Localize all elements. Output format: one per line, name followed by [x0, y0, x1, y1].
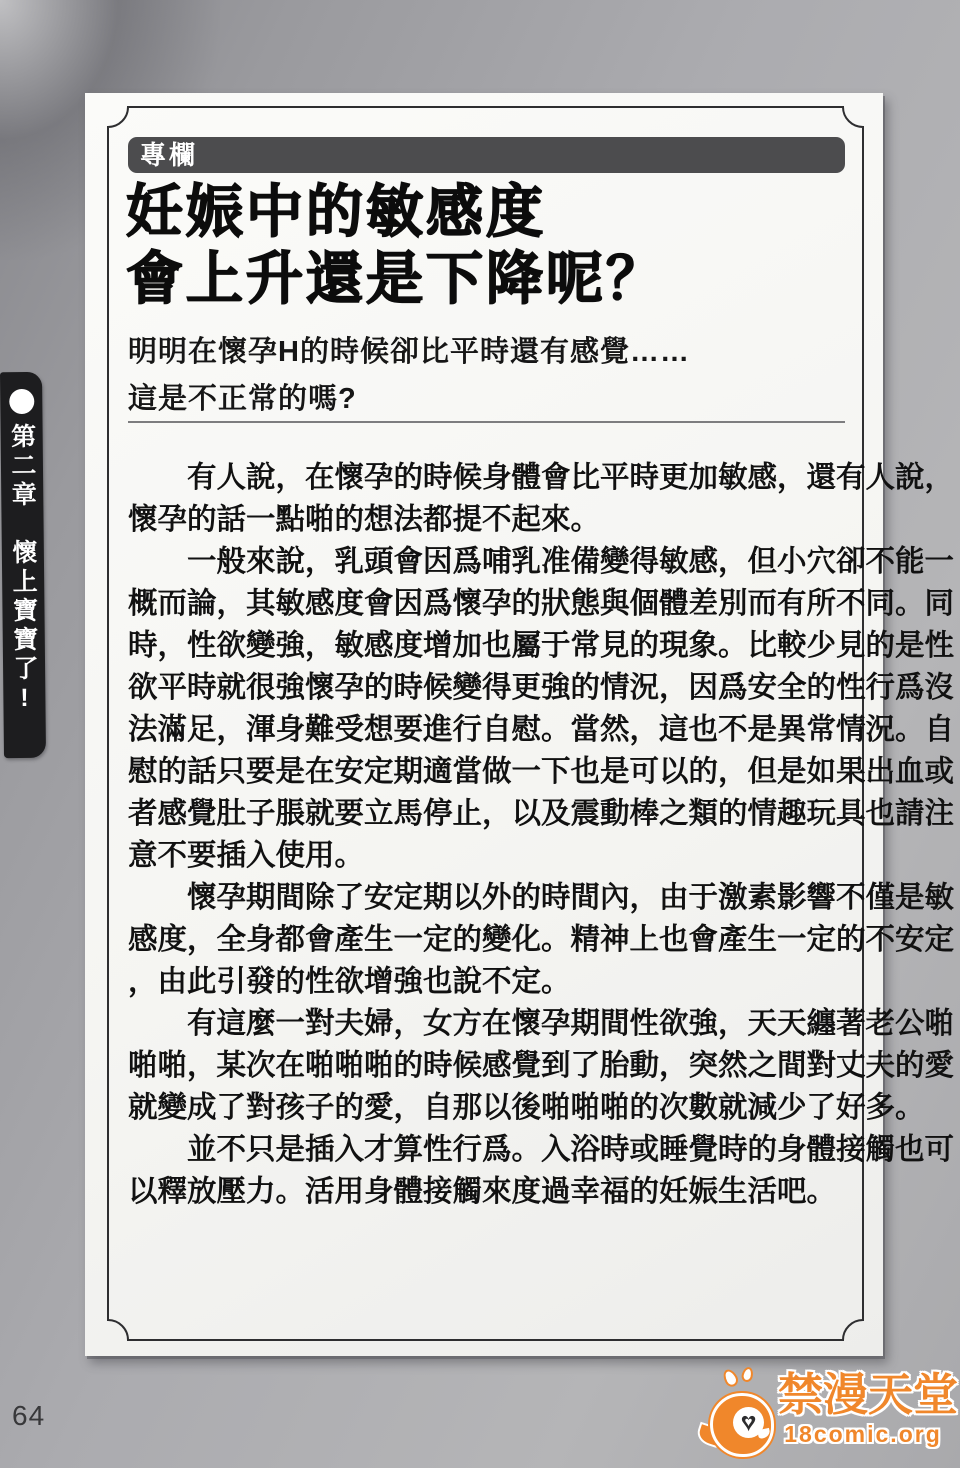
body-text-line: 有人說，在懷孕的時候身體會比平時更加敏感，還有人說， [128, 457, 848, 499]
watermark-site-name: 禁漫天堂 [778, 1371, 948, 1419]
mascot-bird-icon: ♥ ♥ [698, 1367, 774, 1459]
page-number: 64 [12, 1400, 45, 1432]
chapter-tab-bullet-icon [9, 389, 34, 414]
body-text-line: 並不只是插入才算性行爲。入浴時或睡覺時的身體接觸也可 [128, 1129, 848, 1171]
scanned-page-background: 專欄 妊娠中的敏感度 會上升還是下降呢？ 明明在懷孕H的時候卻比平時還有感覺……… [0, 0, 960, 1468]
article-title: 妊娠中的敏感度 會上升還是下降呢？ [126, 179, 666, 313]
body-text-line: 以釋放壓力。活用身體接觸來度過幸福的妊娠生活吧。 [128, 1171, 848, 1213]
body-text-line: 有這麼一對夫婦，女方在懷孕期間性欲強，天天纏著老公啪 [128, 1003, 848, 1045]
column-page: 專欄 妊娠中的敏感度 會上升還是下降呢？ 明明在懷孕H的時候卻比平時還有感覺……… [85, 93, 883, 1356]
body-text-line: 法滿足，渾身難受想要進行自慰。當然，這也不是異常情況。自 [128, 709, 848, 751]
body-text-line: 就變成了對孩子的愛，自那以後啪啪啪的次數就減少了好多。 [128, 1087, 848, 1129]
column-header-badge: 專欄 [128, 137, 845, 173]
body-text-line: 者感覺肚子脹就要立馬停止，以及震動棒之類的情趣玩具也請注 [128, 793, 848, 835]
mascot-body: ♥ ♥ [710, 1393, 774, 1457]
body-text-line: ，由此引發的性欲增強也說不定。 [128, 961, 848, 1003]
watermark-logo: ♥ ♥ 禁漫天堂 18comic.org [698, 1363, 950, 1463]
body-text-line: 概而論，其敏感度會因爲懷孕的狀態與個體差別而有所不同。同 [128, 583, 848, 625]
body-text-line: 意不要插入使用。 [128, 835, 848, 877]
body-text-line: 欲平時就很強懷孕的時候變得更強的情況，因爲安全的性行爲沒 [128, 667, 848, 709]
column-badge-label: 專欄 [128, 137, 198, 173]
horizontal-divider [128, 421, 845, 423]
chapter-tab: 第二章 懷上寶寶了! [0, 372, 46, 758]
droplet-icon [721, 1367, 741, 1389]
article-title-line1: 妊娠中的敏感度 [126, 179, 666, 246]
article-subtitle-line2: 這是不正常的嗎? [128, 376, 690, 423]
body-text-line: 時，性欲變強，敏感度增加也屬于常見的現象。比較少見的是性 [128, 625, 848, 667]
watermark-site-url: 18comic.org [778, 1421, 948, 1448]
body-text-line: 慰的話只要是在安定期適當做一下也是可以的，但是如果出血或 [128, 751, 848, 793]
heart-glyph-inner: ♥ [745, 1415, 753, 1428]
body-text-line: 一般來說，乳頭會因爲哺乳准備變得敏感，但小穴卻不能一 [128, 541, 848, 583]
droplet-icon [740, 1366, 754, 1383]
body-text-line: 啪啪，某次在啪啪啪的時候感覺到了胎動，突然之間對丈夫的愛 [128, 1045, 848, 1087]
article-subtitle: 明明在懷孕H的時候卻比平時還有感覺…… 這是不正常的嗎? [128, 329, 690, 423]
body-text-line: 懷孕期間除了安定期以外的時間內，由于激素影響不僅是敏 [128, 877, 848, 919]
body-text-line: 感度，全身都會產生一定的變化。精神上也會產生一定的不安定 [128, 919, 848, 961]
article-title-line2: 會上升還是下降呢？ [126, 246, 666, 313]
chapter-tab-label: 第二章 懷上寶寶了! [4, 423, 43, 716]
body-text-line: 懷孕的話一點啪的想法都提不起來。 [128, 499, 848, 541]
watermark-text: 禁漫天堂 18comic.org [778, 1371, 948, 1448]
article-body: 有人說，在懷孕的時候身體會比平時更加敏感，還有人說，懷孕的話一點啪的想法都提不起… [128, 457, 848, 1213]
article-subtitle-line1: 明明在懷孕H的時候卻比平時還有感覺…… [128, 329, 690, 376]
